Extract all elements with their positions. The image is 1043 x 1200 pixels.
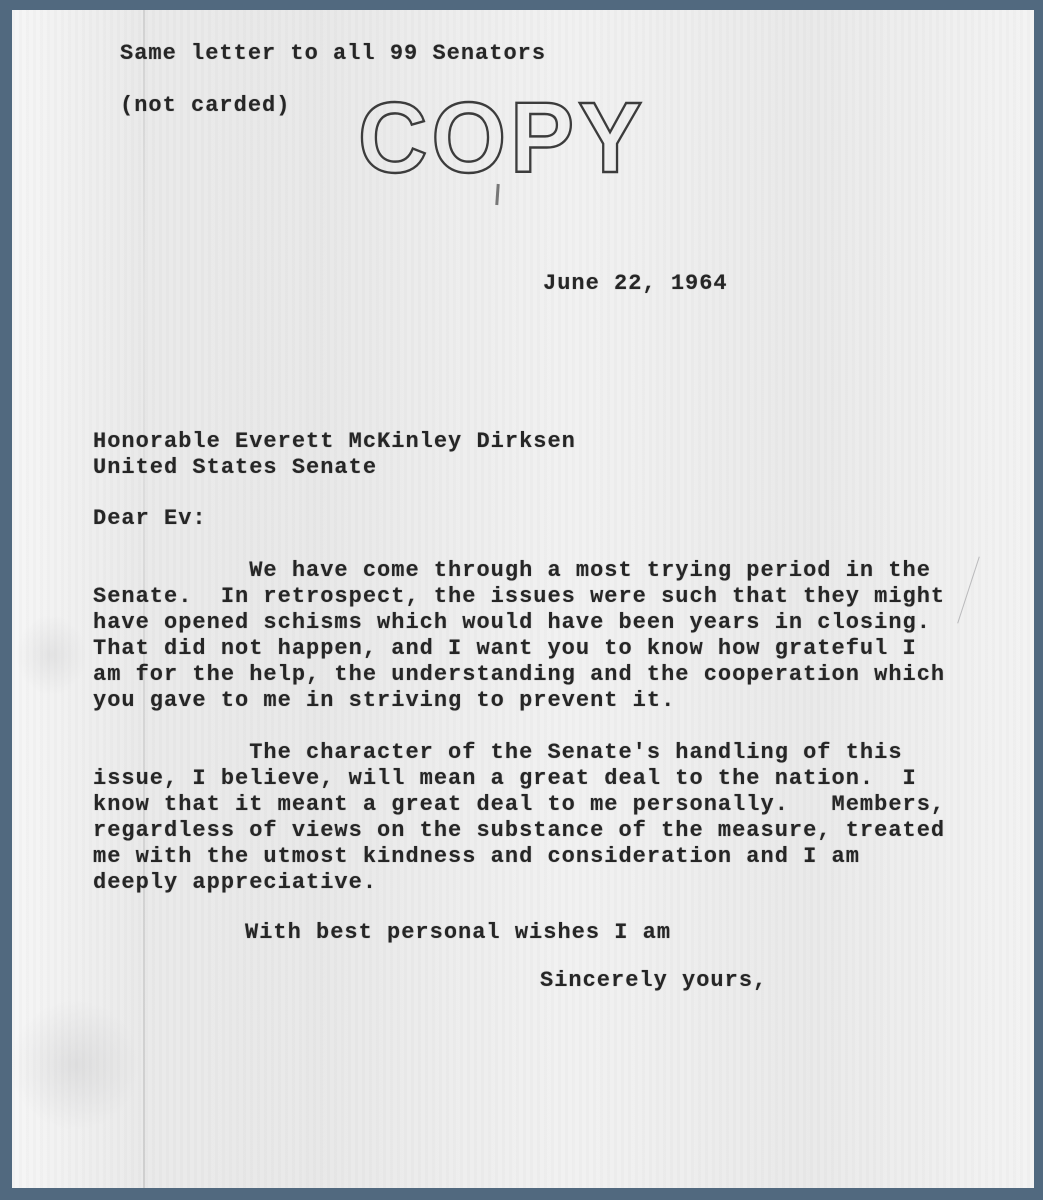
text-line: me with the utmost kindness and consider…: [93, 844, 945, 870]
text-line: Senate. In retrospect, the issues were s…: [93, 584, 945, 610]
text-line: have opened schisms which would have bee…: [93, 610, 945, 636]
text-line: am for the help, the understanding and t…: [93, 662, 945, 688]
text-line: That did not happen, and I want you to k…: [93, 636, 945, 662]
text-line: We have come through a most trying perio…: [93, 558, 945, 584]
body-paragraph-1: We have come through a most trying perio…: [93, 558, 945, 714]
text-line: United States Senate: [93, 455, 576, 481]
text-line: you gave to me in striving to prevent it…: [93, 688, 945, 714]
copy-stamp-icon: COPY: [352, 92, 652, 187]
copy-stamp-text: COPY: [358, 92, 646, 187]
annotation-distribution-note: Same letter to all 99 Senators: [120, 41, 546, 67]
text-line: Honorable Everett McKinley Dirksen: [93, 429, 576, 455]
text-line: The character of the Senate's handling o…: [93, 740, 945, 766]
letter-date: June 22, 1964: [543, 271, 728, 297]
text-line: regardless of views on the substance of …: [93, 818, 945, 844]
signoff: Sincerely yours,: [540, 968, 767, 994]
text-line: know that it meant a great deal to me pe…: [93, 792, 945, 818]
body-paragraph-2: The character of the Senate's handling o…: [93, 740, 945, 896]
scan-smudge: [10, 1000, 140, 1130]
scan-smudge: [16, 615, 86, 695]
text-line: issue, I believe, will mean a great deal…: [93, 766, 945, 792]
recipient-address-block: Honorable Everett McKinley DirksenUnited…: [93, 429, 576, 481]
salutation: Dear Ev:: [93, 506, 207, 532]
scanned-document-frame: Same letter to all 99 Senators (not card…: [0, 0, 1043, 1200]
closing-line: With best personal wishes I am: [245, 920, 671, 946]
annotation-carding-note: (not carded): [120, 93, 290, 119]
text-line: deeply appreciative.: [93, 870, 945, 896]
